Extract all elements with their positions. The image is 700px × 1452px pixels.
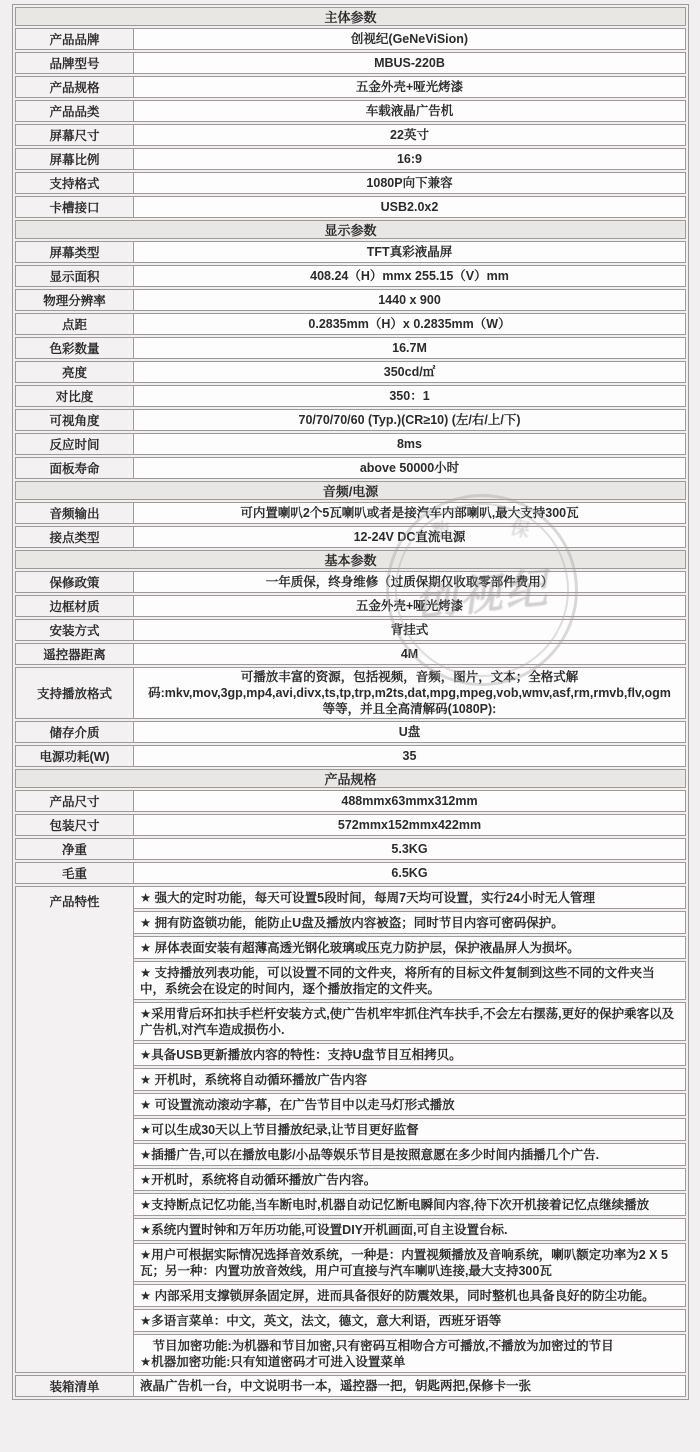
spec-label: 反应时间 [16,434,134,454]
spec-row: 面板寿命above 50000小时 [15,457,686,479]
spec-row: 电源功耗(W)35 [15,745,686,767]
spec-value: 五金外壳+哑光烤漆 [134,77,685,97]
spec-value: 1080P向下兼容 [134,173,685,193]
spec-value: 16.7M [134,338,685,358]
spec-label: 亮度 [16,362,134,382]
spec-value: 车载液晶广告机 [134,101,685,121]
spec-label: 装箱清单 [16,1376,134,1396]
spec-value: 22英寸 [134,125,685,145]
spec-label: 可视角度 [16,410,134,430]
packing-list-row: 装箱清单液晶广告机一台，中文说明书一本，遥控器一把，钥匙两把,保修卡一张 [15,1375,686,1397]
page: { "watermark": { "text": "创视纪", "arc_cha… [0,0,700,1452]
spec-label: 点距 [16,314,134,334]
spec-label: 支持播放格式 [16,668,134,718]
spec-value: 8ms [134,434,685,454]
spec-row: 遥控器距离4M [15,643,686,665]
feature-item: ★可以生成30天以上节目播放纪录,让节目更好监督 [133,1118,686,1141]
spec-label: 屏幕类型 [16,242,134,262]
spec-row: 净重5.3KG [15,838,686,860]
spec-row: 对比度350：1 [15,385,686,407]
spec-value: 70/70/70/60 (Typ.)(CR≥10) (左/右/上/下) [134,410,685,430]
spec-label: 净重 [16,839,134,859]
spec-value: 350cd/㎡ [134,362,685,382]
spec-value: 创视纪(GeNeViSion) [134,29,685,49]
feature-item: ★系统内置时钟和万年历功能,可设置DIY开机画面,可自主设置台标. [133,1218,686,1241]
spec-value: 五金外壳+哑光烤漆 [134,596,685,616]
spec-row: 产品规格五金外壳+哑光烤漆 [15,76,686,98]
spec-value: U盘 [134,722,685,742]
spec-value: 12-24V DC直流电源 [134,527,685,547]
feature-item: ★ 强大的定时功能，每天可设置5段时间，每周7天均可设置，实行24小时无人管理 [133,886,686,909]
spec-value: 488mmx63mmx312mm [134,791,685,811]
spec-row: 安装方式背挂式 [15,619,686,641]
product-spec-table: 数 保 创视纪 主体参数产品品牌创视纪(GeNeViSion)品牌型号MBUS-… [12,4,689,1400]
spec-label: 产品品牌 [16,29,134,49]
spec-label: 物理分辨率 [16,290,134,310]
spec-row: 色彩数量16.7M [15,337,686,359]
spec-value: above 50000小时 [134,458,685,478]
spec-row: 音频输出可内置喇叭2个5瓦喇叭或者是接汽车内部喇叭,最大支持300瓦 [15,502,686,524]
spec-label: 电源功耗(W) [16,746,134,766]
spec-label: 安装方式 [16,620,134,640]
spec-label: 屏幕比例 [16,149,134,169]
feature-item: ★用户可根据实际情况选择音效系统，一种是：内置视频播放及音响系统，喇叭额定功率为… [133,1243,686,1282]
spec-row: 卡槽接口USB2.0x2 [15,196,686,218]
section-header: 基本参数 [15,550,686,569]
spec-row: 点距0.2835mm（H）x 0.2835mm（W） [15,313,686,335]
feature-item: ★插播广告,可以在播放电影/小品等娱乐节目是按照意愿在多少时间内插播几个广告. [133,1143,686,1166]
feature-item: ★采用背后环扣扶手栏杆安装方式,使广告机牢牢抓住汽车扶手,不会左右摆荡,更好的保… [133,1002,686,1041]
spec-label: 品牌型号 [16,53,134,73]
feature-item: ★开机时，系统将自动循环播放广告内容。 [133,1168,686,1191]
spec-label: 音频输出 [16,503,134,523]
spec-value: 350：1 [134,386,685,406]
spec-row: 储存介质U盘 [15,721,686,743]
spec-row: 屏幕比例16:9 [15,148,686,170]
spec-value: 液晶广告机一台，中文说明书一本，遥控器一把，钥匙两把,保修卡一张 [134,1376,685,1396]
spec-label: 屏幕尺寸 [16,125,134,145]
spec-value: 一年质保，终身维修（过质保期仅收取零部件费用） [134,572,685,592]
spec-value: 5.3KG [134,839,685,859]
spec-label: 产品尺寸 [16,791,134,811]
spec-row: 毛重6.5KG [15,862,686,884]
spec-label: 对比度 [16,386,134,406]
spec-label: 卡槽接口 [16,197,134,217]
feature-item: ★支持断点记忆功能,当车断电时,机器自动记忆断电瞬间内容,待下次开机接着记忆点继… [133,1193,686,1216]
spec-value: 可内置喇叭2个5瓦喇叭或者是接汽车内部喇叭,最大支持300瓦 [134,503,685,523]
spec-label: 包装尺寸 [16,815,134,835]
spec-row: 接点类型12-24V DC直流电源 [15,526,686,548]
spec-row: 支持格式1080P向下兼容 [15,172,686,194]
feature-item: ★ 拥有防盗锁功能，能防止U盘及播放内容被盗；同时节目内容可密码保护。 [133,911,686,934]
spec-label: 显示面积 [16,266,134,286]
spec-value: 572mmx152mmx422mm [134,815,685,835]
section-header: 音频/电源 [15,481,686,500]
features-label: 产品特性 [15,886,134,1373]
feature-item: ★具备USB更新播放内容的特性：支持U盘节目互相拷贝。 [133,1043,686,1066]
spec-value: 16:9 [134,149,685,169]
spec-row: 显示面积408.24（H）mmx 255.15（V）mm [15,265,686,287]
feature-item: ★ 开机时，系统将自动循环播放广告内容 [133,1068,686,1091]
section-header: 产品规格 [15,769,686,788]
spec-label: 产品品类 [16,101,134,121]
feature-item: ★ 支持播放列表功能，可以设置不同的文件夹，将所有的目标文件复制到这些不同的文件… [133,961,686,1000]
spec-row: 支持播放格式可播放丰富的资源，包括视频，音频，图片，文本；全格式解码:mkv,m… [15,667,686,719]
feature-item: ★ 屏体表面安装有超薄高透光钢化玻璃或压克力防护层，保护液晶屏人为损坏。 [133,936,686,959]
spec-value: 408.24（H）mmx 255.15（V）mm [134,266,685,286]
features-block: 产品特性★ 强大的定时功能，每天可设置5段时间，每周7天均可设置，实行24小时无… [15,886,686,1373]
spec-value: 4M [134,644,685,664]
spec-row: 物理分辨率1440 x 900 [15,289,686,311]
spec-label: 遥控器距离 [16,644,134,664]
spec-value: TFT真彩液晶屏 [134,242,685,262]
features-list: ★ 强大的定时功能，每天可设置5段时间，每周7天均可设置，实行24小时无人管理★… [133,886,686,1373]
spec-label: 毛重 [16,863,134,883]
spec-row: 亮度350cd/㎡ [15,361,686,383]
spec-row: 可视角度70/70/70/60 (Typ.)(CR≥10) (左/右/上/下) [15,409,686,431]
spec-value: 可播放丰富的资源，包括视频，音频，图片，文本；全格式解码:mkv,mov,3gp… [134,668,685,718]
spec-row: 产品品牌创视纪(GeNeViSion) [15,28,686,50]
spec-label: 产品规格 [16,77,134,97]
spec-row: 产品尺寸488mmx63mmx312mm [15,790,686,812]
spec-row: 屏幕类型TFT真彩液晶屏 [15,241,686,263]
spec-label: 储存介质 [16,722,134,742]
spec-row: 包装尺寸572mmx152mmx422mm [15,814,686,836]
feature-item: ★ 可设置流动滚动字幕，在广告节目中以走马灯形式播放 [133,1093,686,1116]
spec-value: USB2.0x2 [134,197,685,217]
spec-label: 接点类型 [16,527,134,547]
spec-label: 保修政策 [16,572,134,592]
spec-row: 保修政策一年质保，终身维修（过质保期仅收取零部件费用） [15,571,686,593]
spec-value: MBUS-220B [134,53,685,73]
spec-value: 6.5KG [134,863,685,883]
spec-row: 反应时间8ms [15,433,686,455]
spec-value: 背挂式 [134,620,685,640]
spec-value: 35 [134,746,685,766]
spec-row: 品牌型号MBUS-220B [15,52,686,74]
section-header: 主体参数 [15,7,686,26]
feature-item: ★ 内部采用支撑锁屏条固定屏，进而具备很好的防震效果，同时整机也具备良好的防尘功… [133,1284,686,1307]
feature-item: 节目加密功能:为机器和节目加密,只有密码互相吻合方可播放,不播放为加密过的节目 … [133,1334,686,1373]
spec-row: 屏幕尺寸22英寸 [15,124,686,146]
spec-row: 产品品类车载液晶广告机 [15,100,686,122]
spec-value: 1440 x 900 [134,290,685,310]
feature-item: ★多语言菜单：中文，英文，法文，德文，意大利语，西班牙语等 [133,1309,686,1332]
spec-label: 边框材质 [16,596,134,616]
spec-value: 0.2835mm（H）x 0.2835mm（W） [134,314,685,334]
spec-label: 面板寿命 [16,458,134,478]
spec-row: 边框材质五金外壳+哑光烤漆 [15,595,686,617]
spec-label: 支持格式 [16,173,134,193]
section-header: 显示参数 [15,220,686,239]
spec-label: 色彩数量 [16,338,134,358]
